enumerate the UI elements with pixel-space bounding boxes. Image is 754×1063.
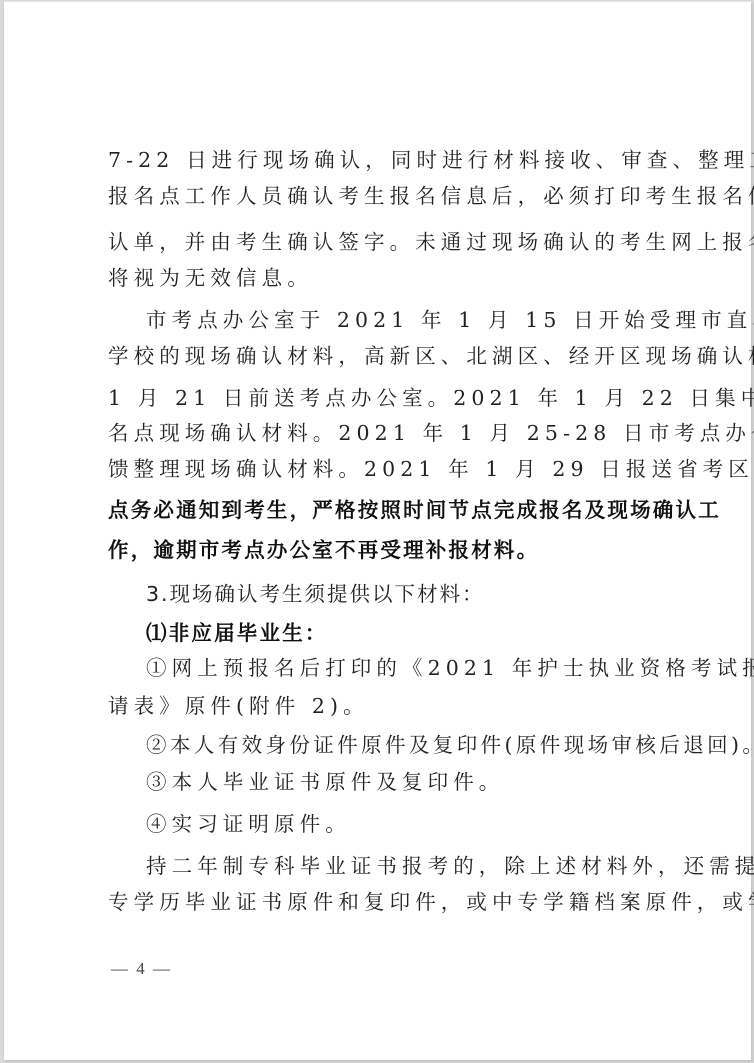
text-line: 专学历毕业证书原件和复印件，或中专学籍档案原件，或学校证 [108,890,754,914]
section-heading: 3.现场确认考生须提供以下材料： [146,582,485,606]
text-line: 市考点办公室于 2021 年 1 月 15 日开始受理市直、省属、 [146,308,754,332]
text-line: 7-22 日进行现场确认，同时进行材料接收、审查、整理工作。 [108,148,754,172]
emphasis-line: 点务必通知到考生，严格按照时间节点完成报名及现场确认工 [108,498,721,522]
list-item: ③本人毕业证书原件及复印件。 [146,770,504,794]
emphasis-line: 作，逾期市考点办公室不再受理补报材料。 [108,538,539,562]
list-item: ④实习证明原件。 [146,812,351,836]
page-number: — 4 — [111,959,172,979]
text-line: 馈整理现场确认材料。2021 年 1 月 29 日报送省考区。请各报名 [108,457,754,481]
text-line: 名点现场确认材料。2021 年 1 月 25-28 日市考点办公室集中反 [108,421,754,445]
text-line: 将视为无效信息。 [108,266,313,290]
list-item-continued: 请表》原件(附件 2)。 [108,694,369,718]
subsection-heading: ⑴非应届毕业生： [146,621,328,645]
text-line: 认单，并由考生确认签字。未通过现场确认的考生网上报名信息 [108,230,754,254]
text-line: 学校的现场确认材料，高新区、北湖区、经开区现场确认材料于 [108,344,754,368]
list-item: ②本人有效身份证件原件及复印件(原件现场审核后退回)。 [146,733,754,757]
text-line: 报名点工作人员确认考生报名信息后，必须打印考生报名信息确 [108,184,754,208]
list-item: ①网上预报名后打印的《2021 年护士执业资格考试报名申 [146,656,754,680]
text-line: 持二年制专科毕业证书报考的，除上述材料外，还需提交中 [146,854,754,878]
text-run: 馈整理现场确认材料。2021 年 1 月 29 日报送省考区。 [108,457,754,481]
document-page: 7-22 日进行现场确认，同时进行材料接收、审查、整理工作。 报名点工作人员确认… [3,1,751,1060]
text-line: 1 月 21 日前送考点办公室。2021 年 1 月 22 日集中受理其他报 [108,386,754,410]
